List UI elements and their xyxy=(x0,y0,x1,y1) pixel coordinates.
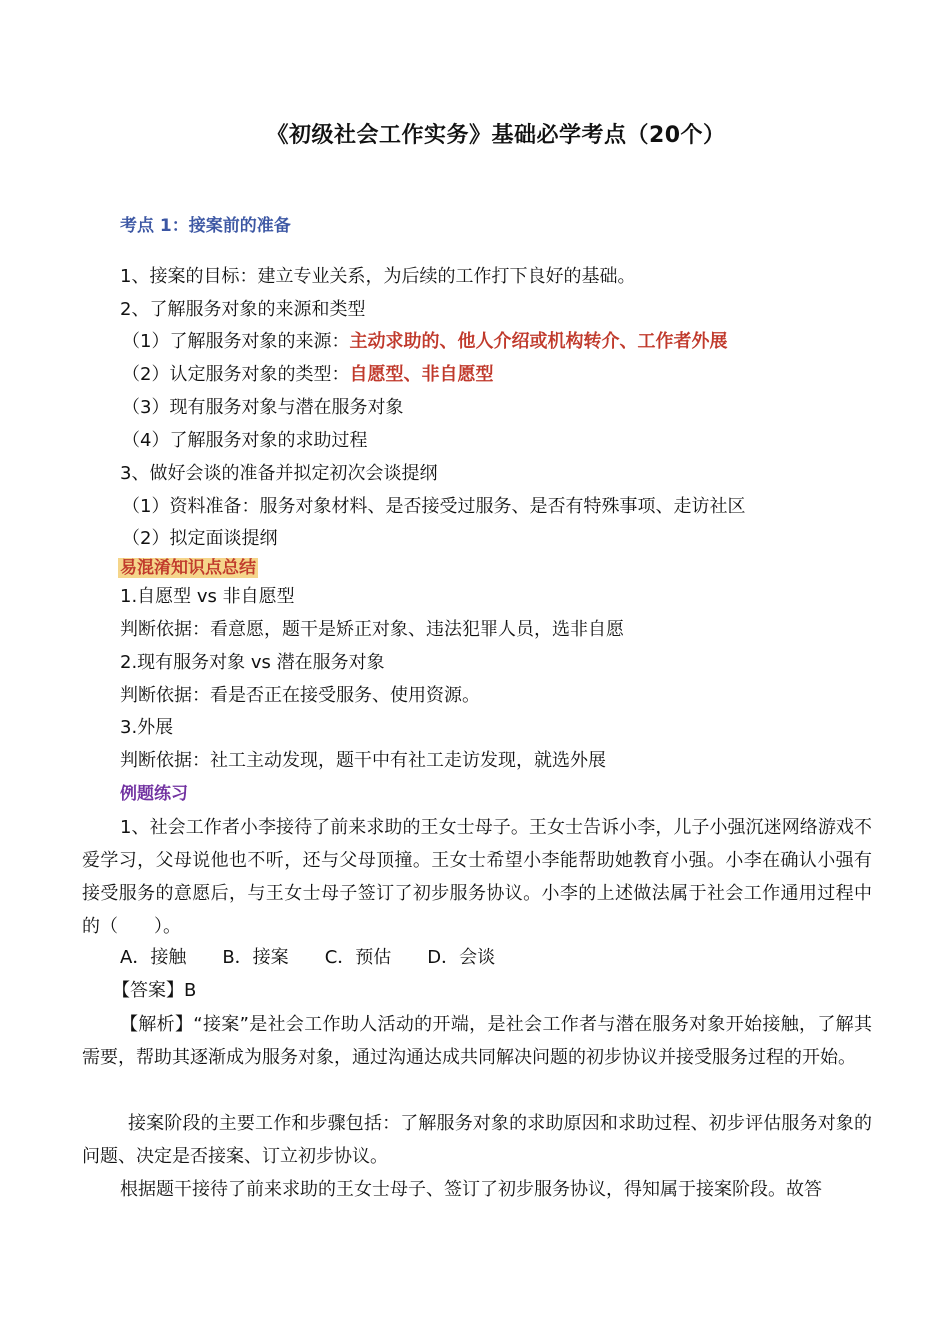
list-item: 1、接案的目标：建立专业关系，为后续的工作打下良好的基础。 xyxy=(120,265,635,289)
comparison-title: 2.现有服务对象 vs 潜在服务对象 xyxy=(120,651,385,675)
option-a: A．接触 xyxy=(120,946,186,970)
comparison-basis: 判断依据：社工主动发现，题干中有社工走访发现，就选外展 xyxy=(120,749,606,773)
analysis-paragraph: 根据题干接待了前来求助的王女士母子、签订了初步服务协议，得知属于接案阶段。故答 xyxy=(82,1173,872,1206)
comparison-title: 1.自愿型 vs 非自愿型 xyxy=(120,585,295,609)
option-d: D．会谈 xyxy=(427,946,495,970)
analysis-paragraph: 接案阶段的主要工作和步骤包括：了解服务对象的求助原因和求助过程、初步评估服务对象… xyxy=(82,1107,872,1173)
comparison-basis: 判断依据：看意愿，题干是矫正对象、违法犯罪人员，选非自愿 xyxy=(120,618,624,642)
document-page: 《初级社会工作实务》基础必学考点（20个） 考点 1：接案前的准备 1、接案的目… xyxy=(0,0,950,1344)
practice-heading: 例题练习 xyxy=(120,782,188,806)
question-text: 1、社会工作者小李接待了前来求助的王女士母子。王女士告诉小李，儿子小强沉迷网络游… xyxy=(82,811,872,943)
item-label: （1）了解服务对象的来源： xyxy=(122,331,349,352)
highlight-label: 易混淆知识点总结 xyxy=(118,558,258,578)
list-item: （2）认定服务对象的类型：自愿型、非自愿型 xyxy=(122,363,493,387)
list-item: 3、做好会谈的准备并拟定初次会谈提纲 xyxy=(120,462,437,486)
option-b: B．接案 xyxy=(222,946,288,970)
item-label: （2）认定服务对象的类型： xyxy=(122,364,349,385)
section-heading: 考点 1：接案前的准备 xyxy=(120,214,291,238)
option-c: C．预估 xyxy=(325,946,392,970)
list-item: （4）了解服务对象的求助过程 xyxy=(122,429,367,453)
item-emphasis: 主动求助的、他人介绍或机构转介、工作者外展 xyxy=(349,331,727,352)
confusing-points-heading: 易混淆知识点总结 xyxy=(118,556,258,580)
comparison-title: 3.外展 xyxy=(120,716,173,740)
document-title: 《初级社会工作实务》基础必学考点（20个） xyxy=(0,118,950,149)
analysis-paragraph: 【解析】“接案”是社会工作助人活动的开端，是社会工作者与潜在服务对象开始接触，了… xyxy=(82,1008,872,1074)
list-item: （3）现有服务对象与潜在服务对象 xyxy=(122,396,403,420)
list-item: （2）拟定面谈提纲 xyxy=(122,527,277,551)
answer-text: 【答案】B xyxy=(112,979,196,1003)
answer-options: A．接触B．接案C．预估D．会谈 xyxy=(120,946,531,970)
list-item: 2、了解服务对象的来源和类型 xyxy=(120,298,365,322)
comparison-basis: 判断依据：看是否正在接受服务、使用资源。 xyxy=(120,684,480,708)
list-item: （1）了解服务对象的来源：主动求助的、他人介绍或机构转介、工作者外展 xyxy=(122,330,727,354)
list-item: （1）资料准备：服务对象材料、是否接受过服务、是否有特殊事项、走访社区 xyxy=(122,495,745,519)
item-emphasis: 自愿型、非自愿型 xyxy=(349,364,493,385)
